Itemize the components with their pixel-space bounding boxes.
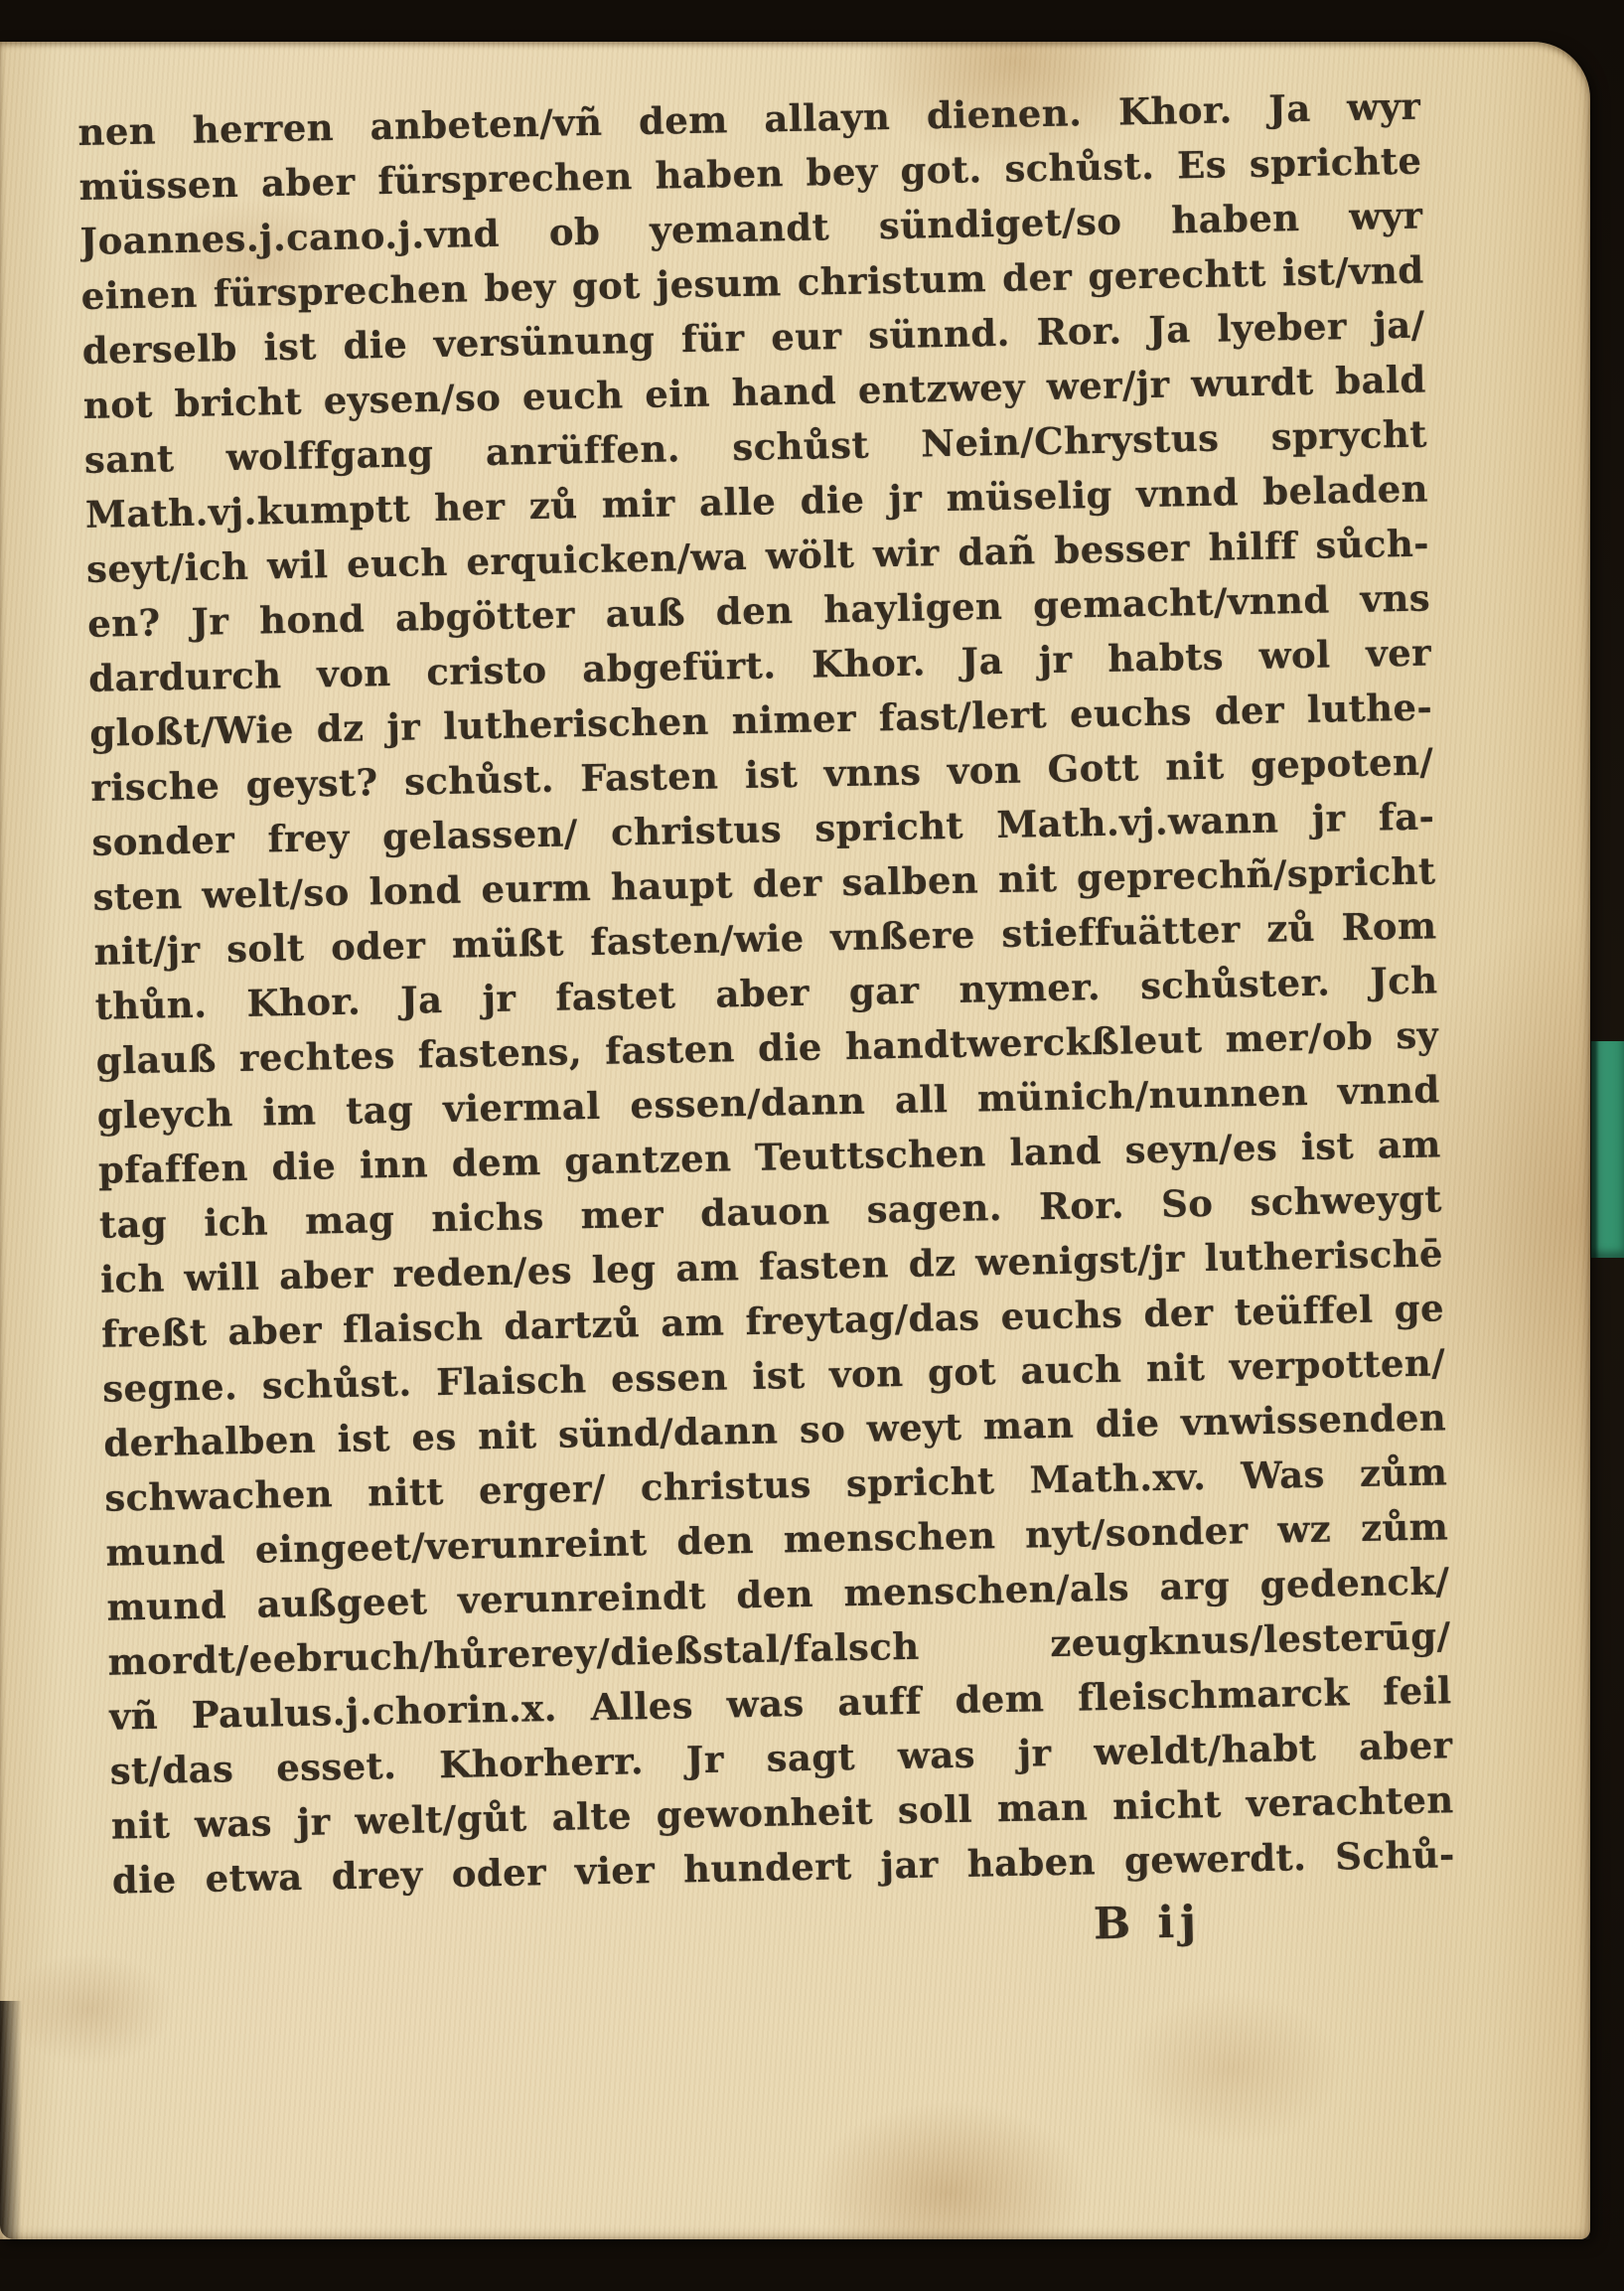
book-page: nen herren anbeten/vñ dem allayn dienen.…: [0, 42, 1590, 2239]
bookmark-tab: [1591, 1041, 1624, 1258]
text-block: nen herren anbeten/vñ dem allayn dienen.…: [77, 79, 1456, 1969]
book-scan: nen herren anbeten/vñ dem allayn dienen.…: [0, 0, 1624, 2291]
page-curl-shadow: [0, 2001, 22, 2239]
